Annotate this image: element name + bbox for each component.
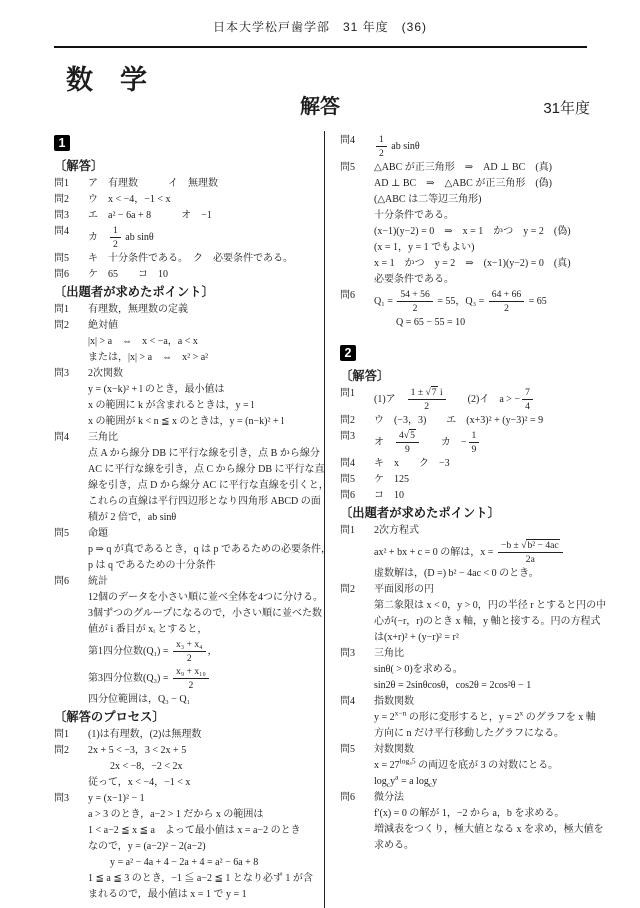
text-line: 従って，x < −4，−1 < x xyxy=(54,775,322,791)
fraction: 12 xyxy=(110,225,121,250)
section-number-line: 2 xyxy=(340,345,606,365)
question-label: 問4 xyxy=(54,224,69,240)
text-line: 12個のデータを小さい順に並べ全体を4つに分ける。 xyxy=(54,590,322,606)
question-label: 問3 xyxy=(54,208,69,224)
text-line: ax² + bx + c = 0 の解は，x = −b ± √b² − 4ac2… xyxy=(340,539,606,566)
question-label: 問2 xyxy=(54,192,69,208)
fraction-denominator: 2 xyxy=(376,147,387,159)
text-line: y = 2x−n の形に変形すると，y = 2x のグラフを x 軸 xyxy=(340,710,606,726)
text-line: AC に平行な線を引き，点 C から線分 DB に平行な直 xyxy=(54,462,322,478)
text-line: 点 A から線分 DB に平行な線を引き，点 B から線分 xyxy=(54,446,322,462)
text-line: 値が i 番目が xᵢ とすると， xyxy=(54,622,322,638)
text-line: 問6コ 10 xyxy=(340,488,606,504)
fraction-denominator: 2 xyxy=(173,679,209,691)
fraction: 1 ± √7 i2 xyxy=(408,387,446,412)
section-heading: 〔解答〕 xyxy=(54,157,322,176)
question-label: 問1 xyxy=(54,727,69,743)
radical: √7 xyxy=(426,386,438,398)
question-label: 問5 xyxy=(54,526,69,542)
fraction-denominator: 2 xyxy=(408,400,446,412)
radical: √5 xyxy=(404,429,416,441)
text-line: 問1ア 有理数 イ 無理数 xyxy=(54,176,322,192)
text-line: 問1(1)は有理数，(2)は無理数 xyxy=(54,727,322,743)
fraction-numerator: 64 + 66 xyxy=(489,289,524,302)
fraction-denominator: 2a xyxy=(498,553,563,565)
text-line: 十分条件である。 xyxy=(340,208,606,224)
radicand: 7 xyxy=(431,386,438,398)
text-line: なので，y = (a−2)² − 2(a−2) xyxy=(54,839,322,855)
text-line: 問3エ a² − 6a + 8 オ −1 xyxy=(54,208,322,224)
text-line: まれるので，最小値は x = 1 で y = 1 xyxy=(54,887,322,903)
text-line: または，|x| > a ⇔ x² > a² xyxy=(54,350,322,366)
text-line: 問3y = (x−1)² − 1 xyxy=(54,791,322,807)
question-label: 問1 xyxy=(340,386,355,402)
question-label: 問6 xyxy=(54,574,69,590)
fraction: x₃ + x₄2 xyxy=(173,639,206,664)
text-line: 第3四分位数(Q₃) = x₉ + x₁₀2 xyxy=(54,665,322,692)
fraction-numerator: 4√5 xyxy=(396,430,419,443)
text-line: 問4三角比 xyxy=(54,430,322,446)
text-line: 問5ケ 125 xyxy=(340,472,606,488)
text-line: 問412 ab sinθ xyxy=(340,133,606,160)
text-line: 問6ケ 65 コ 10 xyxy=(54,267,322,283)
superscript: log₃5 xyxy=(400,757,416,766)
text-line: 問3オ 4√59 カ −19 xyxy=(340,429,606,456)
question-label: 問6 xyxy=(54,267,69,283)
fraction-numerator: 1 xyxy=(110,225,121,238)
question-label: 問3 xyxy=(54,791,69,807)
text-line: 問4指数関数 xyxy=(340,694,606,710)
text-line: 問5キ 十分条件である。 ク 必要条件である。 xyxy=(54,251,322,267)
fraction-denominator: 2 xyxy=(397,302,432,314)
text-line: 2x < −8，−2 < 2x xyxy=(54,759,322,775)
fraction-numerator: 7 xyxy=(522,387,533,400)
text-line: 心が(−r，r)のとき x 軸，y 軸と接する。円の方程式 xyxy=(340,614,606,630)
text-line: 問5対数関数 xyxy=(340,742,606,758)
text-line: 方向に n だけ平行移動したグラフになる。 xyxy=(340,726,606,742)
text-line: x の範囲に k が含まれるときは，y = l xyxy=(54,398,322,414)
radicand: b² − 4ac xyxy=(526,539,559,551)
text-line: 問4カ 12 ab sinθ xyxy=(54,224,322,251)
radical: √b² − 4ac xyxy=(521,539,559,551)
question-label: 問4 xyxy=(54,430,69,446)
fraction-numerator: x₉ + x₁₀ xyxy=(173,666,209,679)
fraction: −b ± √b² − 4ac2a xyxy=(498,540,563,565)
text-line: 問2平面図形の円 xyxy=(340,582,606,598)
fraction-numerator: 54 + 56 xyxy=(397,289,432,302)
fraction-numerator: 1 xyxy=(469,430,480,443)
text-line: AD ⊥ BC ⇒ △ABC が正三角形 (偽) xyxy=(340,176,606,192)
text-line: p ⇒ q が真であるとき，q は p であるための必要条件， xyxy=(54,542,322,558)
text-line: x = 27log₃5 の両辺を底が 3 の対数にとる。 xyxy=(340,758,606,774)
subscript: c xyxy=(387,780,390,789)
section-heading: 〔解答のプロセス〕 xyxy=(54,708,322,727)
fraction-numerator: x₃ + x₄ xyxy=(173,639,206,652)
section-heading: 〔解答〕 xyxy=(340,367,606,386)
text-line: f′(x) = 0 の解が 1，−2 から a，b を求める。 xyxy=(340,806,606,822)
superscript: x−n xyxy=(395,709,407,718)
fraction: x₉ + x₁₀2 xyxy=(173,666,209,691)
text-line: logcya = a logcy xyxy=(340,774,606,790)
text-line: 第二象限は x < 0，y > 0，円の半径 r とすると円の中 xyxy=(340,598,606,614)
text-line: Q = 65 − 55 = 10 xyxy=(340,315,606,331)
fraction: 54 + 562 xyxy=(397,289,432,314)
question-label: 問1 xyxy=(54,176,69,192)
text-line: 第1四分位数(Q₁) = x₃ + x₄2， xyxy=(54,638,322,665)
year-label: 31年度 xyxy=(543,97,590,118)
text-line: 1 < a−2 ≦ x ≦ a よって最小値は x = a−2 のとき xyxy=(54,823,322,839)
fraction-denominator: 4 xyxy=(522,400,533,412)
text-line: sinθ( > 0)を求める。 xyxy=(340,662,606,678)
fraction-denominator: 2 xyxy=(110,238,121,250)
two-column-body: 1〔解答〕問1ア 有理数 イ 無理数問2ウ x < −4，−1 < x問3エ a… xyxy=(54,131,600,908)
document-page: 日本大学松戸歯学部 31 年度 (36) 数 学 解答 31年度 1〔解答〕問1… xyxy=(0,0,640,908)
left-column: 1〔解答〕問1ア 有理数 イ 無理数問2ウ x < −4，−1 < x問3エ a… xyxy=(54,131,325,908)
text-line: 四分位範囲は，Q₃ − Q₁ xyxy=(54,692,322,708)
text-line: 問1有理数，無理数の定義 xyxy=(54,302,322,318)
text-line: 問22x + 5 < −3，3 < 2x + 5 xyxy=(54,743,322,759)
question-label: 問1 xyxy=(54,302,69,318)
question-label: 問6 xyxy=(340,488,355,504)
text-line: 問32次関数 xyxy=(54,366,322,382)
text-line: 3個ずつのグループになるので，小さい順に並べた数 xyxy=(54,606,322,622)
fraction-numerator: 1 ± √7 i xyxy=(408,387,446,400)
text-line: 問2ウ (−3，3) エ (x+3)² + (y−3)² = 9 xyxy=(340,413,606,429)
text-line: a > 3 のとき，a−2 > 1 だから x の範囲は xyxy=(54,807,322,823)
text-line: 必要条件である。 xyxy=(340,272,606,288)
subscript: c xyxy=(429,780,432,789)
text-line: 問6Q₁ = 54 + 562 = 55，Q₃ = 64 + 662 = 65 xyxy=(340,288,606,315)
text-line: は(x+r)² + (y−r)² = r² xyxy=(340,630,606,646)
text-line: 問12次方程式 xyxy=(340,523,606,539)
text-line: 問5命題 xyxy=(54,526,322,542)
fraction-denominator: 2 xyxy=(489,302,524,314)
text-line: x = 1 かつ y = 2 ⇒ (x−1)(y−2) = 0 (真) xyxy=(340,256,606,272)
question-label: 問2 xyxy=(54,318,69,334)
question-label: 問2 xyxy=(340,413,355,429)
question-label: 問6 xyxy=(340,790,355,806)
text-line: 積が 2 倍で，ab sinθ xyxy=(54,510,322,526)
fraction-denominator: 9 xyxy=(469,443,480,455)
text-line: (x−1)(y−2) = 0 ⇒ x = 1 かつ y = 2 (偽) xyxy=(340,224,606,240)
fraction-denominator: 2 xyxy=(173,652,206,664)
section-number-badge: 1 xyxy=(54,135,70,151)
section-heading: 〔出題者が求めたポイント〕 xyxy=(54,283,322,302)
superscript: x xyxy=(520,709,524,718)
text-line: (x = 1，y = 1 でもよい) xyxy=(340,240,606,256)
fraction: 12 xyxy=(376,134,387,159)
question-label: 問6 xyxy=(340,288,355,304)
text-line: 問2ウ x < −4，−1 < x xyxy=(54,192,322,208)
text-line: y = (x−k)² + l のとき，最小値は xyxy=(54,382,322,398)
question-label: 問4 xyxy=(340,694,355,710)
text-line: 1 ≦ a ≦ 3 のとき，−1 ≦ a−2 ≦ 1 となり必ず 1 が含 xyxy=(54,871,322,887)
text-line: 問6微分法 xyxy=(340,790,606,806)
question-label: 問4 xyxy=(340,133,355,149)
text-line: |x| > a ⇔ x < −a，a < x xyxy=(54,334,322,350)
question-label: 問2 xyxy=(54,743,69,759)
header-rule xyxy=(54,46,587,48)
right-column: 問412 ab sinθ問5△ABC が正三角形 ⇒ AD ⊥ BC (真)AD… xyxy=(325,131,606,908)
question-label: 問5 xyxy=(340,742,355,758)
question-label: 問1 xyxy=(340,523,355,539)
text-line: 増減表をつくり，極大値となる x を求め，極大値を xyxy=(340,822,606,838)
fraction-numerator: 1 xyxy=(376,134,387,147)
text-line: 虚数解は，(D =) b² − 4ac < 0 のとき。 xyxy=(340,566,606,582)
text-line: y = a² − 4a + 4 − 2a + 4 = a² − 6a + 8 xyxy=(54,855,322,871)
question-label: 問5 xyxy=(54,251,69,267)
text-line: 問2絶対値 xyxy=(54,318,322,334)
text-line: 問5△ABC が正三角形 ⇒ AD ⊥ BC (真) xyxy=(340,160,606,176)
question-label: 問3 xyxy=(340,429,355,445)
section-heading: 〔出題者が求めたポイント〕 xyxy=(340,504,606,523)
text-line: 問3三角比 xyxy=(340,646,606,662)
radicand: 5 xyxy=(409,429,416,441)
question-label: 問4 xyxy=(340,456,355,472)
question-label: 問2 xyxy=(340,582,355,598)
section-number-line: 1 xyxy=(54,135,322,155)
text-line: 求める。 xyxy=(340,838,606,854)
question-label: 問3 xyxy=(54,366,69,382)
text-line: 問1(1)ア 1 ± √7 i2 (2)イ a > −74 xyxy=(340,386,606,413)
fraction: 64 + 662 xyxy=(489,289,524,314)
fraction-denominator: 9 xyxy=(396,443,419,455)
text-line: これらの直線は平行四辺形となり四角形 ABCD の面 xyxy=(54,494,322,510)
text-line: 線を引き，点 D から線分 AC に平行な直線を引くと， xyxy=(54,478,322,494)
fraction: 4√59 xyxy=(396,430,419,455)
question-label: 問5 xyxy=(340,160,355,176)
question-label: 問5 xyxy=(340,472,355,488)
text-line: 問6統計 xyxy=(54,574,322,590)
fraction-numerator: −b ± √b² − 4ac xyxy=(498,540,563,553)
text-line: p は q であるための十分条件 xyxy=(54,558,322,574)
text-line: 問4キ x ク −3 xyxy=(340,456,606,472)
page-header: 日本大学松戸歯学部 31 年度 (36) xyxy=(0,18,640,35)
fraction: 74 xyxy=(522,387,533,412)
text-line: sin2θ = 2sinθcosθ，cos2θ = 2cos²θ − 1 xyxy=(340,678,606,694)
fraction: 19 xyxy=(469,430,480,455)
text-line: (△ABC は二等辺三角形) xyxy=(340,192,606,208)
question-label: 問3 xyxy=(340,646,355,662)
superscript: a xyxy=(395,773,398,782)
text-line: x の範囲が k < n ≦ x のときは，y = (n−k)² + l xyxy=(54,414,322,430)
section-number-badge: 2 xyxy=(340,345,356,361)
